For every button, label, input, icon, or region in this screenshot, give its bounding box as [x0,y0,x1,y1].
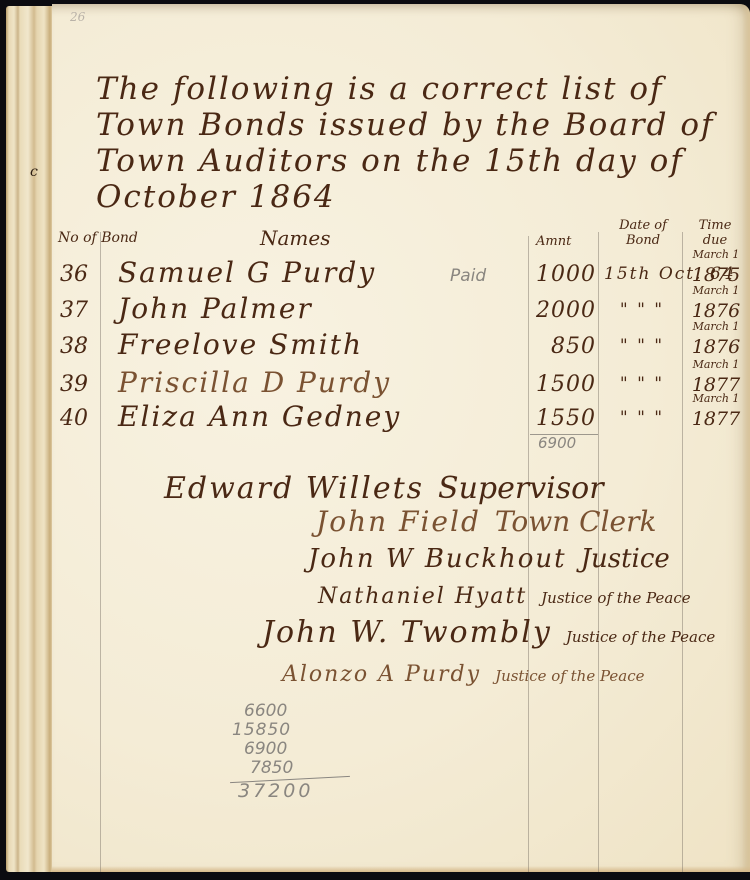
bond-number: 39 [60,372,88,397]
signatory-name: John Field [316,505,481,538]
table-row: 38 Freelove Smith 850 " " " March 1 1876 [52,328,750,364]
calc-line: 15850 [230,721,360,740]
column-header-names: Names [260,228,331,248]
bond-amount: 1550 [532,406,596,431]
bond-holder-name: Freelove Smith [118,328,363,361]
table-row: 36 Samuel G Purdy Paid 1000 15th Oct. 64… [52,256,750,292]
calc-sum: 37200 [230,782,360,801]
due-month: March 1 [688,284,744,297]
signatory-title: Supervisor [438,471,604,506]
calc-line: 6900 [230,740,360,759]
bond-number: 38 [60,334,88,359]
page-number: 26 [70,10,85,24]
heading-line-3: Town Auditors on the 15th day of [96,146,684,177]
bond-date: " " " [604,336,680,356]
bond-number: 36 [60,262,88,287]
due-year: 1876 [688,300,744,322]
bond-date: 15th Oct. 64 [604,264,680,284]
column-header-time-line1: Time [690,218,740,233]
signature-justice-of-peace-2: John W. TwomblyJustice of the Peace [262,618,715,648]
signatory-name: Edward Willets [164,471,424,506]
heading-line-1: The following is a correct list of [96,74,663,105]
table-row: 39 Priscilla D Purdy 1500 " " " March 1 … [52,366,750,402]
bond-number: 40 [60,406,88,431]
heading-line-4: October 1864 [96,182,336,213]
bond-date: " " " [604,300,680,320]
bond-holder-name: John Palmer [118,292,313,325]
due-month: March 1 [688,248,744,261]
signatory-name: John W. Twombly [262,615,552,650]
column-header-date-line1: Date of [608,218,678,233]
signature-justice-of-peace-3: Alonzo A PurdyJustice of the Peace [282,664,645,686]
bond-amount: 1500 [532,372,596,397]
column-header-date-line2: Bond [608,233,678,248]
bond-holder-name: Samuel G Purdy [118,256,376,289]
bond-date: " " " [604,374,680,394]
due-month: March 1 [688,320,744,333]
signatory-title: Town Clerk [495,505,657,538]
due-year: 1875 [688,264,744,286]
margin-mark: c [30,164,38,180]
page-edge-right [742,4,750,872]
bond-number: 37 [60,298,88,323]
total-amount: 6900 [538,434,576,452]
bond-amount: 1000 [532,262,596,287]
table-row: 40 Eliza Ann Gedney 1550 " " " March 1 1… [52,400,750,436]
signatory-title: Justice of the Peace [495,667,644,685]
page-edge-bottom [52,866,750,872]
signatory-title: Justice [581,544,670,574]
ledger-page: 26 The following is a correct list of To… [52,4,750,872]
due-year: 1876 [688,336,744,358]
column-header-bond-no: No of Bond [58,231,138,245]
column-header-amount: Amnt [536,235,571,248]
column-header-time-line2: due [690,233,740,248]
signature-justice: John W BuckhoutJustice [308,546,670,572]
due-year: 1877 [688,408,744,430]
bond-amount: 850 [532,334,596,359]
due-month: March 1 [688,392,744,405]
book-page-stack: c [6,6,56,872]
calc-line: 6600 [230,702,360,721]
signature-supervisor: Edward WilletsSupervisor [164,474,604,504]
table-row: 37 John Palmer 2000 " " " March 1 1876 [52,292,750,328]
bond-holder-name: Eliza Ann Gedney [118,400,401,433]
column-header-time-due: Time due [690,218,740,248]
calc-line: 7850 [230,759,360,778]
bond-holder-name: Priscilla D Purdy [118,366,391,399]
signature-town-clerk: John FieldTown Clerk [316,508,656,536]
signatory-title: Justice of the Peace [566,628,715,646]
column-header-date: Date of Bond [608,218,678,248]
paid-note: Paid [450,266,486,286]
signatory-name: John W Buckhout [308,544,567,574]
due-month: March 1 [688,358,744,371]
bond-amount: 2000 [532,298,596,323]
bond-date: " " " [604,408,680,428]
signatory-title: Justice of the Peace [541,589,690,607]
signatory-name: Nathaniel Hyatt [318,584,527,609]
heading-line-2: Town Bonds issued by the Board of [96,110,714,141]
signature-justice-of-peace-1: Nathaniel HyattJustice of the Peace [318,586,691,608]
pencil-calculation: 6600 15850 6900 7850 37200 [230,702,360,801]
signatory-name: Alonzo A Purdy [282,662,481,687]
